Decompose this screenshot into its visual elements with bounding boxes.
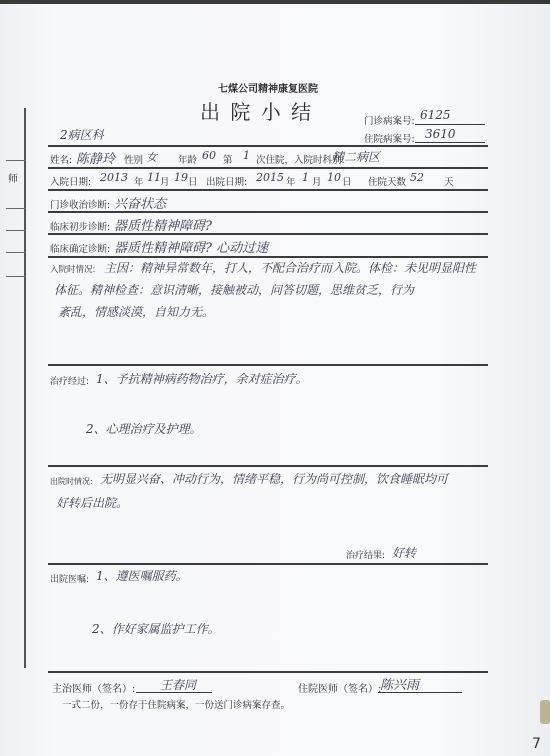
age-label: 年龄 (178, 152, 197, 166)
inpatient-no: 3610 (425, 127, 456, 141)
discharge-status-line: 无明显兴奋、冲动行为，情绪平稳，行为尚可控制，饮食睡眠均可 (100, 470, 448, 487)
outpatient-diagnosis: 兴奋状态 (114, 193, 166, 212)
admit-date-label: 入院日期: (50, 174, 91, 188)
footer-note: 一式二份，一份存于住院病案，一份送门诊病案存查。 (62, 697, 290, 711)
outpatient-no-label: 门诊病案号: (364, 113, 415, 127)
admit-year: 2013 (100, 171, 128, 184)
admission-status-line: 体征。精神检查：意识清晰，接触被动，问答切题，思维贫乏，行为 (54, 281, 414, 298)
row-divider (48, 364, 488, 366)
treatment-result-label: 治疗结果: (346, 548, 385, 561)
scan-edge (0, 0, 550, 4)
inpatient-no-label: 住院病案号: (364, 131, 415, 145)
treatment-result: 好转 (392, 544, 416, 561)
discharge-year: 2015 (256, 171, 284, 184)
month-unit: 月 (160, 174, 170, 188)
admission-status-label: 入院时情况: (50, 263, 95, 275)
discharge-date-label: 出院日期: (206, 174, 247, 188)
signature-underline (136, 692, 212, 693)
admission-department: 精二病区 (332, 148, 380, 165)
row-divider (48, 145, 488, 147)
patient-sex: 女 (146, 149, 157, 165)
patient-age: 60 (202, 149, 216, 162)
month-unit: 月 (312, 174, 322, 188)
attending-physician-signature: 王春同 (160, 676, 196, 693)
sex-label: 性别 (124, 152, 143, 166)
resident-physician-label: 住院医师（签名）: (298, 680, 381, 695)
year-unit: 年 (286, 174, 296, 188)
admit-day: 19 (174, 171, 188, 184)
margin-tick (6, 230, 26, 231)
patient-name: 陈静玲 (76, 148, 115, 167)
year-unit: 年 (134, 174, 144, 188)
signature-underline (378, 692, 462, 693)
scanned-document-page: 师 七煤公司精神康复医院 出 院 小 结 门诊病案号: 6125 住院病案号: … (0, 0, 550, 756)
row-divider (48, 563, 488, 565)
margin-tick (6, 160, 26, 161)
initial-diagnosis-label: 临床初步诊断: (50, 219, 110, 233)
margin-label: 师 (8, 170, 18, 185)
admission-status-line: 主因：精神异常数年，打人，不配合治疗而入院。体检：未见明显阳性 (104, 259, 476, 276)
confirmed-diagnosis: 器质性精神障碍? 心动过速 (114, 237, 268, 256)
day-unit: 日 (342, 174, 352, 188)
row-divider (48, 167, 488, 169)
discharge-advice-line: 2、作好家属监护工作。 (92, 620, 220, 637)
margin-line (24, 108, 26, 668)
discharge-status-label: 出院时情况: (50, 476, 93, 487)
field-underline (415, 124, 485, 125)
margin-tick (6, 276, 26, 277)
treatment-line: 2、心理治疗及护理。 (86, 420, 202, 437)
discharge-month: 1 (302, 171, 309, 184)
row-divider (48, 233, 488, 235)
document-title: 出 院 小 结 (200, 96, 313, 125)
margin-tick (6, 252, 26, 253)
row-divider (48, 671, 488, 673)
treatment-line: 1、予抗精神病药物治疗，余对症治疗。 (96, 370, 308, 387)
row-divider (48, 465, 488, 467)
field-underline (415, 142, 485, 143)
stay-days-label: 住院天数 (368, 174, 406, 188)
initial-diagnosis: 器质性精神障碍? (114, 215, 212, 234)
page-number: 7 (532, 736, 541, 752)
name-label: 姓名: (50, 152, 72, 166)
admission-count-prefix: 第 (223, 152, 233, 166)
outpatient-diagnosis-label: 门诊收治诊断: (50, 197, 110, 211)
hospital-name: 七煤公司精神康复医院 (218, 80, 318, 95)
confirmed-diagnosis-label: 临床确定诊断: (50, 241, 110, 255)
outpatient-no: 6125 (420, 108, 451, 122)
discharge-day: 10 (327, 171, 341, 184)
day-unit: 日 (188, 174, 198, 188)
treatment-label: 治疗经过: (50, 374, 89, 387)
discharge-status-line: 好转后出院。 (56, 494, 128, 511)
discharge-advice-line: 1、遵医嘱服药。 (96, 567, 188, 584)
stay-days: 52 (410, 171, 424, 184)
discharge-advice-label: 出院医嘱: (50, 572, 89, 585)
admission-count: 1 (243, 149, 250, 162)
stay-days-unit: 天 (444, 174, 454, 188)
admit-month: 11 (147, 171, 161, 184)
row-divider (48, 211, 488, 213)
resident-physician-signature: 陈兴雨 (380, 674, 419, 693)
admission-status-line: 紊乱，情感淡漠，自知力无。 (58, 303, 214, 320)
department: 2病区科 (60, 126, 104, 143)
attending-physician-label: 主治医师（签名）: (52, 680, 135, 695)
margin-tick (6, 208, 26, 209)
paper-tab (540, 700, 550, 724)
row-divider (48, 256, 488, 258)
row-divider (48, 189, 488, 191)
